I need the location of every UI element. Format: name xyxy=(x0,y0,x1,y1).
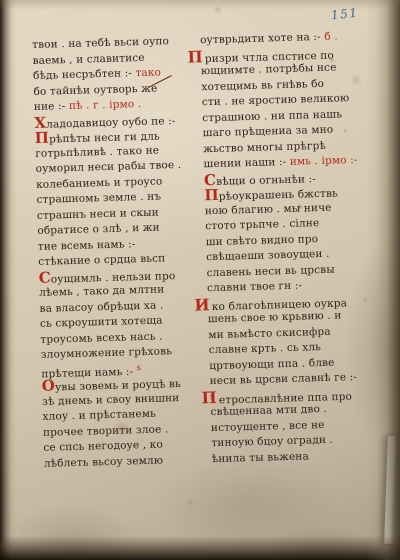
text-segment: се спсь негодоуе , ко xyxy=(43,439,163,454)
text-segment: сь скроушити хотеща xyxy=(40,314,163,329)
text-segment: ѣнила ты вьжена xyxy=(212,450,309,465)
left-shadow-edge xyxy=(0,0,16,560)
text-segment: злоумножение грѣховь xyxy=(41,345,173,361)
top-shadow-edge xyxy=(0,0,400,10)
text-segment: тие всемь намь :- xyxy=(38,238,136,253)
text-segment: ною благию . мы ниче xyxy=(205,201,332,217)
text-segment: ние :- xyxy=(34,100,69,113)
text-segment: колебаниемь и троусо xyxy=(36,175,163,191)
text-segment: ми вьмѣсто скисифра xyxy=(208,325,331,340)
text-segment: славень неси вь црсвы xyxy=(206,263,334,279)
text-segment: готрьпѣливѣ . тако не xyxy=(35,144,159,159)
text-segment: шень свое ю крьвию . и xyxy=(208,309,342,325)
rubric-segment: пѣ . г . ірмо . xyxy=(69,98,142,112)
rubric-segment: тако xyxy=(135,66,161,79)
text-segment: славне крть . сь хль xyxy=(209,341,322,356)
rubric-segment: ѕ xyxy=(137,363,142,373)
text-segment: бѣдь несръбтен :- xyxy=(33,67,136,82)
rubric-segment: И xyxy=(194,297,210,313)
text-segment: славни твое гн :- xyxy=(207,280,302,295)
text-segment: сти . не яростию великою xyxy=(202,92,350,108)
text-segment: цртвоующи ппа . блве xyxy=(209,356,335,371)
text-segment: обратисе о злѣ , и жи xyxy=(37,222,160,237)
text-segment: лѣблеть вьсоу землю xyxy=(44,454,163,469)
right-shadow-edge xyxy=(366,0,400,560)
text-segment: страшною . ни ппа нашь xyxy=(202,108,342,124)
text-segment: зѣ днемь и своу внишни xyxy=(42,392,180,408)
rubric-segment: С xyxy=(38,268,51,286)
text-segment: страшнъ неси и скыи xyxy=(37,206,159,221)
text-segment: истоущенте , все не xyxy=(211,418,325,433)
text-segment: троусомь всехь нась . xyxy=(40,330,162,345)
manuscript-text-block: твои . на тебѣ вьси оуповаемь , и славит… xyxy=(32,29,380,472)
left-column: твои . на тебѣ вьси оуповаемь , и славит… xyxy=(32,34,202,472)
text-segment: твои . на тебѣ вьси оупо xyxy=(32,35,169,51)
rubric-segment: О xyxy=(41,376,55,394)
text-segment: ваемь , и славитисе xyxy=(32,51,144,66)
text-segment: хлоу . и прѣстанемь xyxy=(42,408,156,423)
manuscript-photo: 151 твои . на тебѣ вьси оуповаемь , и сл… xyxy=(0,0,400,560)
rubric-segment: П xyxy=(187,49,203,65)
text-segment: бо тайнѣи оутворь же xyxy=(33,82,157,97)
text-segment: ши свѣто видно про xyxy=(206,233,319,248)
rubric-segment: имь . ірмо :- xyxy=(290,154,358,168)
text-segment: стото трьпче . сілне xyxy=(205,217,319,232)
text-segment: шаго прѣщениа за мно xyxy=(203,124,334,140)
text-segment: ющиимте . потрѣбы нсе xyxy=(201,62,337,78)
text-segment: шении наши :- xyxy=(203,156,289,170)
text-segment: тиноую бцоу оградн . xyxy=(211,434,333,449)
text-segment: лѣемь , тако да млтни xyxy=(39,283,165,298)
text-segment: свѣщаеши зовоущеи . xyxy=(206,248,330,263)
rubric-segment: П xyxy=(204,186,219,204)
text-segment: хотещимь вь гнѣвь бо xyxy=(201,77,324,92)
text-segment: прочее творити злое . xyxy=(43,423,169,438)
bottom-shadow-edge xyxy=(0,536,400,560)
text-segment: оутврьдити хоте на :- xyxy=(200,31,324,46)
text-segment: стѣкание о срдца вьсп xyxy=(38,252,165,268)
text-segment: страшномь земле . нъ xyxy=(36,190,161,205)
rubric-segment: П xyxy=(201,390,217,406)
rubric-segment: б . xyxy=(324,30,338,42)
rubric-segment: П xyxy=(35,129,50,147)
text-segment: свѣщеннаа мти дво . xyxy=(210,403,327,418)
text-segment: ва власоу обрѣщи ха . xyxy=(39,299,163,314)
right-column: оутврьдити хоте на :- б .Призри чтла спс… xyxy=(200,29,370,467)
text-segment: неси вь црсви славнѣ ге :- xyxy=(209,371,357,387)
text-segment: оуморил неси рабы твое . xyxy=(35,159,181,175)
text-segment: жьство многы прѣгрѣ xyxy=(203,139,326,154)
